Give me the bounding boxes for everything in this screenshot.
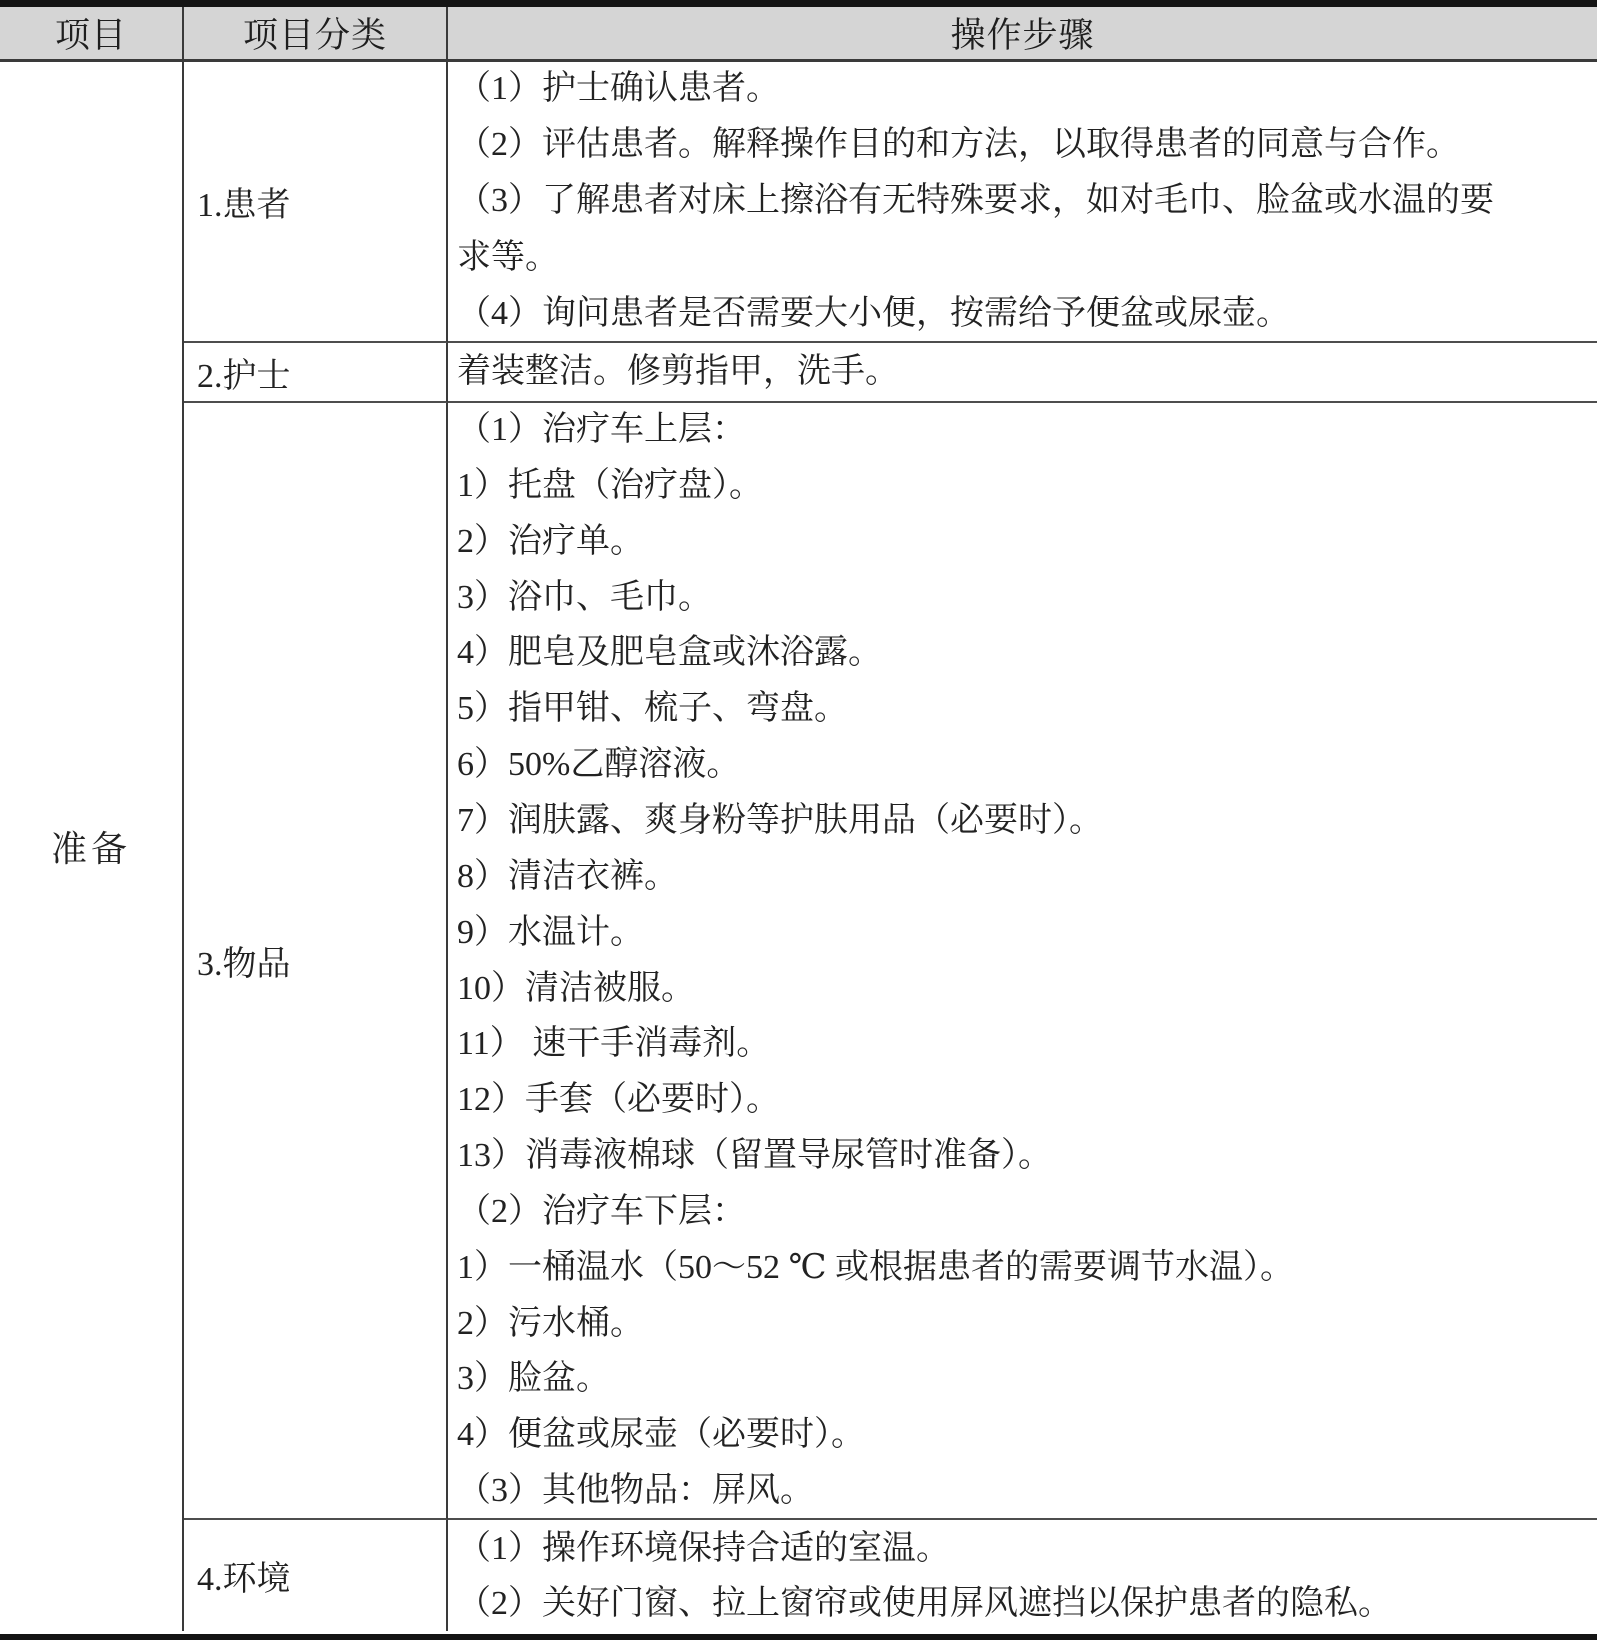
step-line: 11） 速干手消毒剂。 [457, 1016, 1597, 1072]
step-line: 求等。 [457, 230, 1597, 286]
step-line: 2）治疗单。 [457, 514, 1597, 570]
item-cell-prepare: 准备 [0, 62, 184, 1631]
header-steps: 操作步骤 [448, 7, 1597, 62]
step-line: （2）评估患者。解释操作目的和方法，以取得患者的同意与合作。 [457, 117, 1597, 173]
step-line: （2）治疗车下层： [457, 1184, 1597, 1240]
header-item: 项目 [0, 7, 184, 62]
category-cell-environment: 4.环境 [184, 1520, 448, 1631]
step-line: （1）护士确认患者。 [457, 62, 1597, 117]
step-line: 8）清洁衣裤。 [457, 849, 1597, 905]
step-line: 10）清洁被服。 [457, 961, 1597, 1017]
steps-cell-patient: （1）护士确认患者。（2）评估患者。解释操作目的和方法，以取得患者的同意与合作。… [448, 62, 1597, 343]
steps-cell-nurse: 着装整洁。修剪指甲，洗手。 [448, 343, 1597, 403]
step-line: 13）消毒液棉球（留置导尿管时准备）。 [457, 1128, 1597, 1184]
step-line: 4）便盆或尿壶（必要时）。 [457, 1407, 1597, 1463]
category-label: 2.护士 [197, 348, 291, 397]
step-line: 9）水温计。 [457, 905, 1597, 961]
steps-cell-supplies: （1）治疗车上层：1）托盘（治疗盘）。2）治疗单。3）浴巾、毛巾。4）肥皂及肥皂… [448, 403, 1597, 1520]
steps-cell-environment: （1）操作环境保持合适的室温。（2）关好门窗、拉上窗帘或使用屏风遮挡以保护患者的… [448, 1520, 1597, 1631]
step-line: 着装整洁。修剪指甲，洗手。 [457, 344, 1597, 400]
category-label: 4.环境 [197, 1551, 291, 1600]
step-line: （2）关好门窗、拉上窗帘或使用屏风遮挡以保护患者的隐私。 [457, 1576, 1597, 1631]
category-cell-nurse: 2.护士 [184, 343, 448, 403]
step-line: （3）其他物品：屏风。 [457, 1463, 1597, 1519]
header-category: 项目分类 [184, 7, 448, 62]
step-line: 4）肥皂及肥皂盒或沐浴露。 [457, 625, 1597, 681]
procedure-table: 项目 项目分类 操作步骤 准备 1.患者 （1）护士确认患者。（2）评估患者。解… [0, 0, 1597, 1640]
step-line: （1）操作环境保持合适的室温。 [457, 1521, 1597, 1576]
item-label: 准备 [51, 821, 131, 872]
step-line: 7）润肤露、爽身粉等护肤用品（必要时）。 [457, 793, 1597, 849]
header-item-label: 项目 [55, 8, 127, 58]
category-cell-supplies: 3.物品 [184, 403, 448, 1520]
step-line: （1）治疗车上层： [457, 403, 1597, 458]
category-label: 3.物品 [197, 936, 291, 985]
header-category-label: 项目分类 [243, 8, 387, 58]
document-page: 项目 项目分类 操作步骤 准备 1.患者 （1）护士确认患者。（2）评估患者。解… [0, 0, 1597, 1640]
step-line: 5）指甲钳、梳子、弯盘。 [457, 681, 1597, 737]
step-line: 12）手套（必要时）。 [457, 1072, 1597, 1128]
header-steps-label: 操作步骤 [950, 8, 1094, 58]
step-line: 3）脸盆。 [457, 1351, 1597, 1407]
step-line: 3）浴巾、毛巾。 [457, 570, 1597, 626]
step-line: 6）50%乙醇溶液。 [457, 737, 1597, 793]
step-line: 2）污水桶。 [457, 1296, 1597, 1352]
step-line: （4）询问患者是否需要大小便，按需给予便盆或尿壶。 [457, 286, 1597, 342]
step-line: 1）一桶温水（50～52 ℃ 或根据患者的需要调节水温）。 [457, 1240, 1597, 1296]
category-label: 1.患者 [197, 177, 291, 226]
category-cell-patient: 1.患者 [184, 62, 448, 343]
step-line: 1）托盘（治疗盘）。 [457, 458, 1597, 514]
step-line: （3）了解患者对床上擦浴有无特殊要求，如对毛巾、脸盆或水温的要 [457, 173, 1597, 229]
